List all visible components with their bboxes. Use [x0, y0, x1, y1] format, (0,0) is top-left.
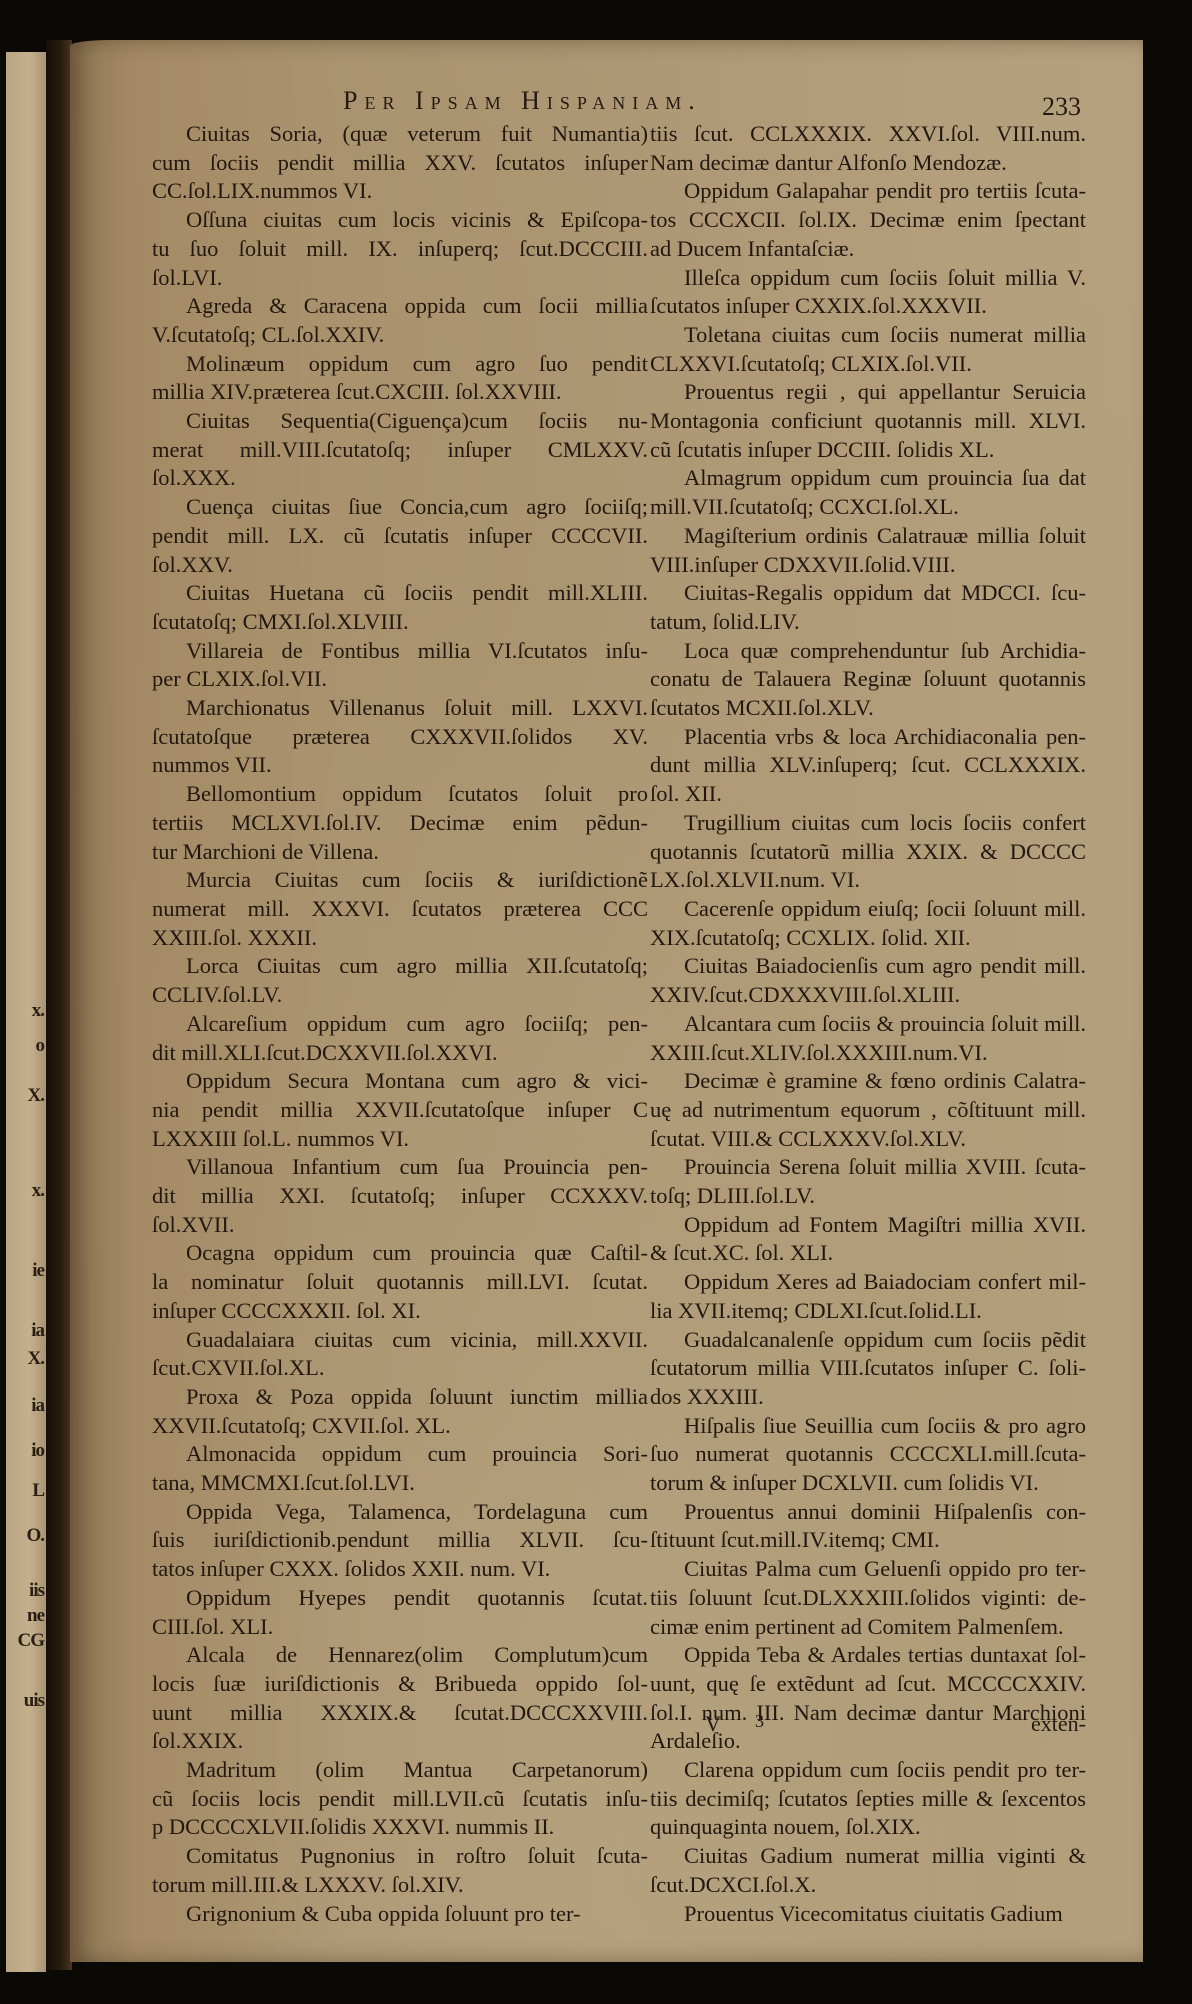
text-line: cũ ſociis locis pendit mill.LVII.cũ ſcut… — [152, 1785, 648, 1814]
text-paragraph: Illeſca oppidum cum ſociis ſoluit millia… — [650, 264, 1086, 321]
text-paragraph: Almagrum oppidum cum prouincia ſua datmi… — [650, 464, 1086, 521]
text-line: LXXXIII ſol.L. nummos VI. — [152, 1125, 648, 1154]
text-paragraph: Madritum (olim Mantua Carpetanorum)cũ ſo… — [152, 1756, 648, 1842]
text-paragraph: Alcantara cum ſociis & prouincia ſoluit … — [650, 1010, 1086, 1067]
text-line: Prouentus regii , qui appellantur Seruic… — [650, 378, 1086, 407]
text-line: Bellomontium oppidum ſcutatos ſoluit pro — [152, 780, 648, 809]
text-line: tiis ſoluunt ſcut.DLXXXIII.ſolidos vigin… — [650, 1584, 1086, 1613]
text-line: ad Ducem Infantaſciæ. — [650, 235, 1086, 264]
text-line: Cuença ciuitas ſiue Concia,cum agro ſoci… — [152, 493, 648, 522]
text-line: ſuis iuriſdictionib.pendunt millia XLVII… — [152, 1526, 648, 1555]
text-paragraph: Prouincia Serena ſoluit millia XVIII. ſc… — [650, 1153, 1086, 1210]
text-line: Villanoua Infantium cum ſua Prouincia pe… — [152, 1153, 648, 1182]
facing-page-fragment: X. — [28, 1348, 44, 1370]
text-paragraph: Alcala de Hennarez(olim Complutum)cumloc… — [152, 1641, 648, 1756]
text-line: ſcutatoſque præterea CXXXVII.ſolidos XV. — [152, 723, 648, 752]
text-line: Agreda & Caracena oppida cum ſocii milli… — [152, 292, 648, 321]
text-line: CLXXVI.ſcutatoſq; CLXIX.ſol.VII. — [650, 350, 1086, 379]
text-paragraph: Prouentus Vicecomitatus ciuitatis Gadium — [650, 1900, 1086, 1929]
text-paragraph: Guadalcanalenſe oppidum cum ſociis pẽdit… — [650, 1326, 1086, 1412]
text-line: Nam decimæ dantur Alfonſo Mendozæ. — [650, 149, 1086, 178]
text-line: torum & inſuper DCXLVII. cum ſolidis VI. — [650, 1469, 1086, 1498]
text-line: Prouincia Serena ſoluit millia XVIII. ſc… — [650, 1153, 1086, 1182]
text-line: ſcutatos MCXII.ſol.XLV. — [650, 694, 1086, 723]
text-line: Ciuitas-Regalis oppidum dat MDCCI. ſcu- — [650, 579, 1086, 608]
text-line: tatum, ſolid.LIV. — [650, 608, 1086, 637]
text-paragraph: Decimæ è gramine & fœno ordinis Calatra-… — [650, 1067, 1086, 1153]
text-line: cum ſociis pendit millia XXV. ſcutatos i… — [152, 149, 648, 178]
text-line: Oppidum Hyepes pendit quotannis ſcutat. — [152, 1584, 648, 1613]
text-line: Ciuitas Sequentia(Ciguença)cum ſociis nu… — [152, 407, 648, 436]
text-line: Molinæum oppidum cum agro ſuo pendit — [152, 350, 648, 379]
text-line: inſuper CCCCXXXII. ſol. XI. — [152, 1297, 648, 1326]
text-paragraph: Ciuitas Baiadocienſis cum agro pendit mi… — [650, 952, 1086, 1009]
text-line: per CLXIX.ſol.VII. — [152, 665, 648, 694]
text-line: Oppida Vega, Talamenca, Tordelaguna cum — [152, 1498, 648, 1527]
page-number: 233 — [1042, 92, 1081, 122]
text-line: ſcutatos inſuper CXXIX.ſol.XXXVII. — [650, 292, 1086, 321]
text-line: VIII.inſuper CDXXVII.ſolid.VIII. — [650, 551, 1086, 580]
text-line: cimæ enim pertinent ad Comitem Palmenſem… — [650, 1613, 1086, 1642]
text-line: XXIII.ſol. XXXII. — [152, 924, 648, 953]
facing-page-fragment: uis — [24, 1690, 44, 1712]
text-paragraph: Oppidum ad Fontem Magiſtri millia XVII.&… — [650, 1211, 1086, 1268]
text-line: Montagonia conficiunt quotannis mill. XL… — [650, 407, 1086, 436]
text-paragraph: Alcareſium oppidum cum agro ſociiſq; pen… — [152, 1010, 648, 1067]
text-paragraph: tiis ſcut. CCLXXXIX. XXVI.ſol. VIII.num.… — [650, 120, 1086, 177]
text-line: V.ſcutatoſq; CL.ſol.XXIV. — [152, 321, 648, 350]
text-line: Ciuitas Soria, (quæ veterum fuit Numanti… — [152, 120, 648, 149]
text-paragraph: Murcia Ciuitas cum ſociis & iuriſdiction… — [152, 866, 648, 952]
facing-page-fragment: CG — [18, 1630, 45, 1652]
text-line: tu ſuo ſoluit mill. IX. inſuperq; ſcut.D… — [152, 235, 648, 264]
text-paragraph: Cacerenſe oppidum eiuſq; ſocii ſoluunt m… — [650, 895, 1086, 952]
text-line: uunt millia XXXIX.& ſcutat.DCCCXXVIII. — [152, 1699, 648, 1728]
text-line: ſol.XXX. — [152, 464, 648, 493]
text-line: pendit mill. LX. cũ ſcutatis inſuper CCC… — [152, 522, 648, 551]
text-line: Ciuitas Baiadocienſis cum agro pendit mi… — [650, 952, 1086, 981]
text-line: Alcala de Hennarez(olim Complutum)cum — [152, 1641, 648, 1670]
text-line: torum mill.III.& LXXXV. ſol.XIV. — [152, 1871, 648, 1900]
text-paragraph: Ciuitas Sequentia(Ciguença)cum ſociis nu… — [152, 407, 648, 493]
text-paragraph: Marchionatus Villenanus ſoluit mill. LXX… — [152, 694, 648, 780]
text-paragraph: Prouentus annui dominii Hiſpalenſis con-… — [650, 1498, 1086, 1555]
right-column: tiis ſcut. CCLXXXIX. XXVI.ſol. VIII.num.… — [650, 120, 1086, 1928]
text-line: ſcut.CXVII.ſol.XL. — [152, 1354, 648, 1383]
text-line: toſq; DLIII.ſol.LV. — [650, 1182, 1086, 1211]
text-line: ſol.XXIX. — [152, 1727, 648, 1756]
text-line: Oppidum Secura Montana cum agro & vici- — [152, 1067, 648, 1096]
text-line: Cacerenſe oppidum eiuſq; ſocii ſoluunt m… — [650, 895, 1086, 924]
text-line: Prouentus annui dominii Hiſpalenſis con- — [650, 1498, 1086, 1527]
text-paragraph: Oppidum Xeres ad Baiadociam confert mil-… — [650, 1268, 1086, 1325]
text-line: Oppidum Galapahar pendit pro tertiis ſcu… — [650, 177, 1086, 206]
text-paragraph: Oſſuna ciuitas cum locis vicinis & Epiſc… — [152, 206, 648, 292]
text-line: Lorca Ciuitas cum agro millia XII.ſcutat… — [152, 952, 648, 981]
text-paragraph: Oppidum Hyepes pendit quotannis ſcutat.C… — [152, 1584, 648, 1641]
text-line: Decimæ è gramine & fœno ordinis Calatra- — [650, 1067, 1086, 1096]
text-line: tana, MMCMXI.ſcut.ſol.LVI. — [152, 1469, 648, 1498]
text-line: mill.VII.ſcutatoſq; CCXCI.ſol.XL. — [650, 493, 1086, 522]
text-line: XXIII.ſcut.XLIV.ſol.XXXIII.num.VI. — [650, 1039, 1086, 1068]
text-line: ſcut.DCXCI.ſol.X. — [650, 1871, 1086, 1900]
text-line: Loca quæ comprehenduntur ſub Archidia- — [650, 637, 1086, 666]
text-paragraph: Proxa & Poza oppida ſoluunt iunctim mill… — [152, 1383, 648, 1440]
facing-page-fragment: ne — [27, 1605, 44, 1627]
text-paragraph: Ciuitas-Regalis oppidum dat MDCCI. ſcu-t… — [650, 579, 1086, 636]
facing-page-fragment: ie — [32, 1260, 44, 1282]
text-line: Oppida Teba & Ardales tertias duntaxat ſ… — [650, 1641, 1086, 1670]
text-line: tiis ſcut. CCLXXXIX. XXVI.ſol. VIII.num. — [650, 120, 1086, 149]
facing-page-fragment: iis — [29, 1580, 44, 1602]
text-line: tos CCCXCII. ſol.IX. Decimæ enim ſpectan… — [650, 206, 1086, 235]
facing-page-fragment: o — [36, 1035, 45, 1057]
text-paragraph: Grignonium & Cuba oppida ſoluunt pro ter… — [152, 1900, 648, 1929]
text-line: dit millia XXI. ſcutatoſq; inſuper CCXXX… — [152, 1182, 648, 1211]
text-line: Almagrum oppidum cum prouincia ſua dat — [650, 464, 1086, 493]
text-line: CC.ſol.LIX.nummos VI. — [152, 177, 648, 206]
text-line: ſcutatorum millia VIII.ſcutatos inſuper … — [650, 1354, 1086, 1383]
text-line: Hiſpalis ſiue Seuillia cum ſociis & pro … — [650, 1412, 1086, 1441]
facing-page-fragment: x. — [32, 1180, 44, 1202]
facing-page-fragment: L — [32, 1480, 44, 1502]
text-line: millia XIV.præterea ſcut.CXCIII. ſol.XXV… — [152, 378, 648, 407]
text-line: p DCCCCXLVII.ſolidis XXXVI. nummis II. — [152, 1813, 648, 1842]
text-paragraph: Guadalaiara ciuitas cum vicinia, mill.XX… — [152, 1326, 648, 1383]
text-line: CCLIV.ſol.LV. — [152, 981, 648, 1010]
text-paragraph: Villanoua Infantium cum ſua Prouincia pe… — [152, 1153, 648, 1239]
text-line: Clarena oppidum cum ſociis pendit pro te… — [650, 1756, 1086, 1785]
text-line: ſcutat. VIII.& CCLXXXV.ſol.XLV. — [650, 1125, 1086, 1154]
signature-mark: V — [705, 1711, 721, 1737]
text-line: Oppidum ad Fontem Magiſtri millia XVII. — [650, 1211, 1086, 1240]
text-line: numerat mill. XXXVI. ſcutatos præterea C… — [152, 895, 648, 924]
text-line: Ocagna oppidum cum prouincia quæ Caſtil- — [152, 1239, 648, 1268]
text-paragraph: Oppida Vega, Talamenca, Tordelaguna cumſ… — [152, 1498, 648, 1584]
text-line: ſol. XII. — [650, 780, 1086, 809]
text-line: tur Marchioni de Villena. — [152, 838, 648, 867]
text-line: Almonacida oppidum cum prouincia Sori- — [152, 1440, 648, 1469]
text-line: Ciuitas Huetana cũ ſociis pendit mill.XL… — [152, 579, 648, 608]
text-paragraph: Hiſpalis ſiue Seuillia cum ſociis & pro … — [650, 1412, 1086, 1498]
text-line: Oppidum Xeres ad Baiadociam confert mil- — [650, 1268, 1086, 1297]
text-line: ſol.XVII. — [152, 1211, 648, 1240]
facing-page-fragment: io — [31, 1440, 44, 1462]
text-paragraph: Trugillium ciuitas cum locis ſociis conf… — [650, 809, 1086, 895]
text-line: dit mill.XLI.ſcut.DCXXVII.ſol.XXVI. — [152, 1039, 648, 1068]
facing-page-fragment: ia — [31, 1320, 44, 1342]
text-line: uunt, quę ſe extẽdunt ad ſcut. MCCCCXXIV… — [650, 1670, 1086, 1699]
left-column: Ciuitas Soria, (quæ veterum fuit Numanti… — [152, 120, 648, 1928]
text-line: nummos VII. — [152, 751, 648, 780]
facing-page-fragment: X. — [28, 1085, 44, 1107]
text-paragraph: Oppidum Secura Montana cum agro & vici-n… — [152, 1067, 648, 1153]
text-line: XXVII.ſcutatoſq; CXVII.ſol. XL. — [152, 1412, 648, 1441]
text-line: Trugillium ciuitas cum locis ſociis conf… — [650, 809, 1086, 838]
text-paragraph: Clarena oppidum cum ſociis pendit pro te… — [650, 1756, 1086, 1842]
catchword: exten- — [1031, 1711, 1086, 1737]
text-paragraph: Ciuitas Soria, (quæ veterum fuit Numanti… — [152, 120, 648, 206]
text-line: Placentia vrbs & loca Archidiaconalia pe… — [650, 723, 1086, 752]
text-line: Oſſuna ciuitas cum locis vicinis & Epiſc… — [152, 206, 648, 235]
text-line: Guadalaiara ciuitas cum vicinia, mill.XX… — [152, 1326, 648, 1355]
text-line: Alcareſium oppidum cum agro ſociiſq; pen… — [152, 1010, 648, 1039]
text-paragraph: Ciuitas Huetana cũ ſociis pendit mill.XL… — [152, 579, 648, 636]
text-paragraph: Agreda & Caracena oppida cum ſocii milli… — [152, 292, 648, 349]
facing-page-edge: x.oX.x.ieiaX.iaioLO.iisneCGuis — [6, 52, 46, 1972]
text-line: la nominatur ſoluit quotannis mill.LVI. … — [152, 1268, 648, 1297]
text-line: Illeſca oppidum cum ſociis ſoluit millia… — [650, 264, 1086, 293]
text-paragraph: Prouentus regii , qui appellantur Seruic… — [650, 378, 1086, 464]
text-paragraph: Oppida Teba & Ardales tertias duntaxat ſ… — [650, 1641, 1086, 1756]
text-line: ſuo numerat quotannis CCCCXLI.mill.ſcuta… — [650, 1440, 1086, 1469]
text-line: uę ad nutrimentum equorum , cõſtituunt m… — [650, 1096, 1086, 1125]
text-line: Alcantara cum ſociis & prouincia ſoluit … — [650, 1010, 1086, 1039]
text-paragraph: Loca quæ comprehenduntur ſub Archidia-co… — [650, 637, 1086, 723]
text-paragraph: Comitatus Pugnonius in roſtro ſoluit ſcu… — [152, 1842, 648, 1899]
text-line: tertiis MCLXVI.ſol.IV. Decimæ enim pẽdun… — [152, 809, 648, 838]
text-line: cũ ſcutatis inſuper DCCIII. ſolidis XL. — [650, 436, 1086, 465]
text-paragraph: Ciuitas Gadium numerat millia viginti &ſ… — [650, 1842, 1086, 1899]
text-line: XXIV.ſcut.CDXXXVIII.ſol.XLIII. — [650, 981, 1086, 1010]
text-line: locis ſuæ iuriſdictionis & Bribueda oppi… — [152, 1670, 648, 1699]
text-line: Villareia de Fontibus millia VI.ſcutatos… — [152, 637, 648, 666]
text-line: LX.ſol.XLVII.num. VI. — [650, 866, 1086, 895]
text-line: XIX.ſcutatoſq; CCXLIX. ſolid. XII. — [650, 924, 1086, 953]
text-paragraph: Cuença ciuitas ſiue Concia,cum agro ſoci… — [152, 493, 648, 579]
text-line: ſol.LVI. — [152, 264, 648, 293]
text-paragraph: Placentia vrbs & loca Archidiaconalia pe… — [650, 723, 1086, 809]
text-paragraph: Magiſterium ordinis Calatrauæ millia ſol… — [650, 522, 1086, 579]
text-line: ſol.XXV. — [152, 551, 648, 580]
text-paragraph: Molinæum oppidum cum agro ſuo penditmill… — [152, 350, 648, 407]
text-paragraph: Villareia de Fontibus millia VI.ſcutatos… — [152, 637, 648, 694]
text-paragraph: Ocagna oppidum cum prouincia quæ Caſtil-… — [152, 1239, 648, 1325]
text-line: Grignonium & Cuba oppida ſoluunt pro ter… — [152, 1900, 648, 1929]
text-line: tatos inſuper CXXX. ſolidos XXII. num. V… — [152, 1555, 648, 1584]
text-line: nia pendit millia XXVII.ſcutatoſque inſu… — [152, 1096, 648, 1125]
text-paragraph: Ciuitas Palma cum Geluenſi oppido pro te… — [650, 1555, 1086, 1641]
text-paragraph: Oppidum Galapahar pendit pro tertiis ſcu… — [650, 177, 1086, 263]
facing-page-fragment: O. — [26, 1525, 44, 1547]
running-title: Per Ipsam Hispaniam. — [343, 86, 1043, 116]
text-line: Murcia Ciuitas cum ſociis & iuriſdiction… — [152, 866, 648, 895]
text-line: lia XVII.itemq; CDLXI.ſcut.ſolid.LI. — [650, 1297, 1086, 1326]
text-line: Toletana ciuitas cum ſociis numerat mill… — [650, 321, 1086, 350]
text-line: & ſcut.XC. ſol. XLI. — [650, 1239, 1086, 1268]
text-line: merat mill.VIII.ſcutatoſq; inſuper CMLXX… — [152, 436, 648, 465]
text-paragraph: Bellomontium oppidum ſcutatos ſoluit pro… — [152, 780, 648, 866]
text-line: Comitatus Pugnonius in roſtro ſoluit ſcu… — [152, 1842, 648, 1871]
text-line: ſtituunt ſcut.mill.IV.itemq; CMI. — [650, 1526, 1086, 1555]
text-line: tiis decimiſq; ſcutatos ſepties mille & … — [650, 1785, 1086, 1814]
text-line: ſcutatoſq; CMXI.ſol.XLVIII. — [152, 608, 648, 637]
text-line: quotannis ſcutatorũ millia XXIX. & DCCCC — [650, 838, 1086, 867]
text-line: Marchionatus Villenanus ſoluit mill. LXX… — [152, 694, 648, 723]
text-line: Prouentus Vicecomitatus ciuitatis Gadium — [650, 1900, 1086, 1929]
text-line: Ciuitas Gadium numerat millia viginti & — [650, 1842, 1086, 1871]
facing-page-fragment: ia — [31, 1395, 44, 1417]
text-paragraph: Almonacida oppidum cum prouincia Sori-ta… — [152, 1440, 648, 1497]
text-line: Proxa & Poza oppida ſoluunt iunctim mill… — [152, 1383, 648, 1412]
text-line: CIII.ſol. XLI. — [152, 1613, 648, 1642]
text-line: Magiſterium ordinis Calatrauæ millia ſol… — [650, 522, 1086, 551]
text-line: Madritum (olim Mantua Carpetanorum) — [152, 1756, 648, 1785]
text-paragraph: Lorca Ciuitas cum agro millia XII.ſcutat… — [152, 952, 648, 1009]
text-line: Ciuitas Palma cum Geluenſi oppido pro te… — [650, 1555, 1086, 1584]
text-line: conatu de Talauera Reginæ ſoluunt quotan… — [650, 665, 1086, 694]
text-line: dos XXXIII. — [650, 1383, 1086, 1412]
book-gutter — [46, 40, 72, 1970]
text-line: quinquaginta nouem, ſol.XIX. — [650, 1813, 1086, 1842]
text-line: Guadalcanalenſe oppidum cum ſociis pẽdit — [650, 1326, 1086, 1355]
facing-page-fragment: x. — [32, 1000, 44, 1022]
text-line: dunt millia XLV.inſuperq; ſcut. CCLXXXIX… — [650, 751, 1086, 780]
text-paragraph: Toletana ciuitas cum ſociis numerat mill… — [650, 321, 1086, 378]
signature-number: 3 — [755, 1711, 764, 1732]
